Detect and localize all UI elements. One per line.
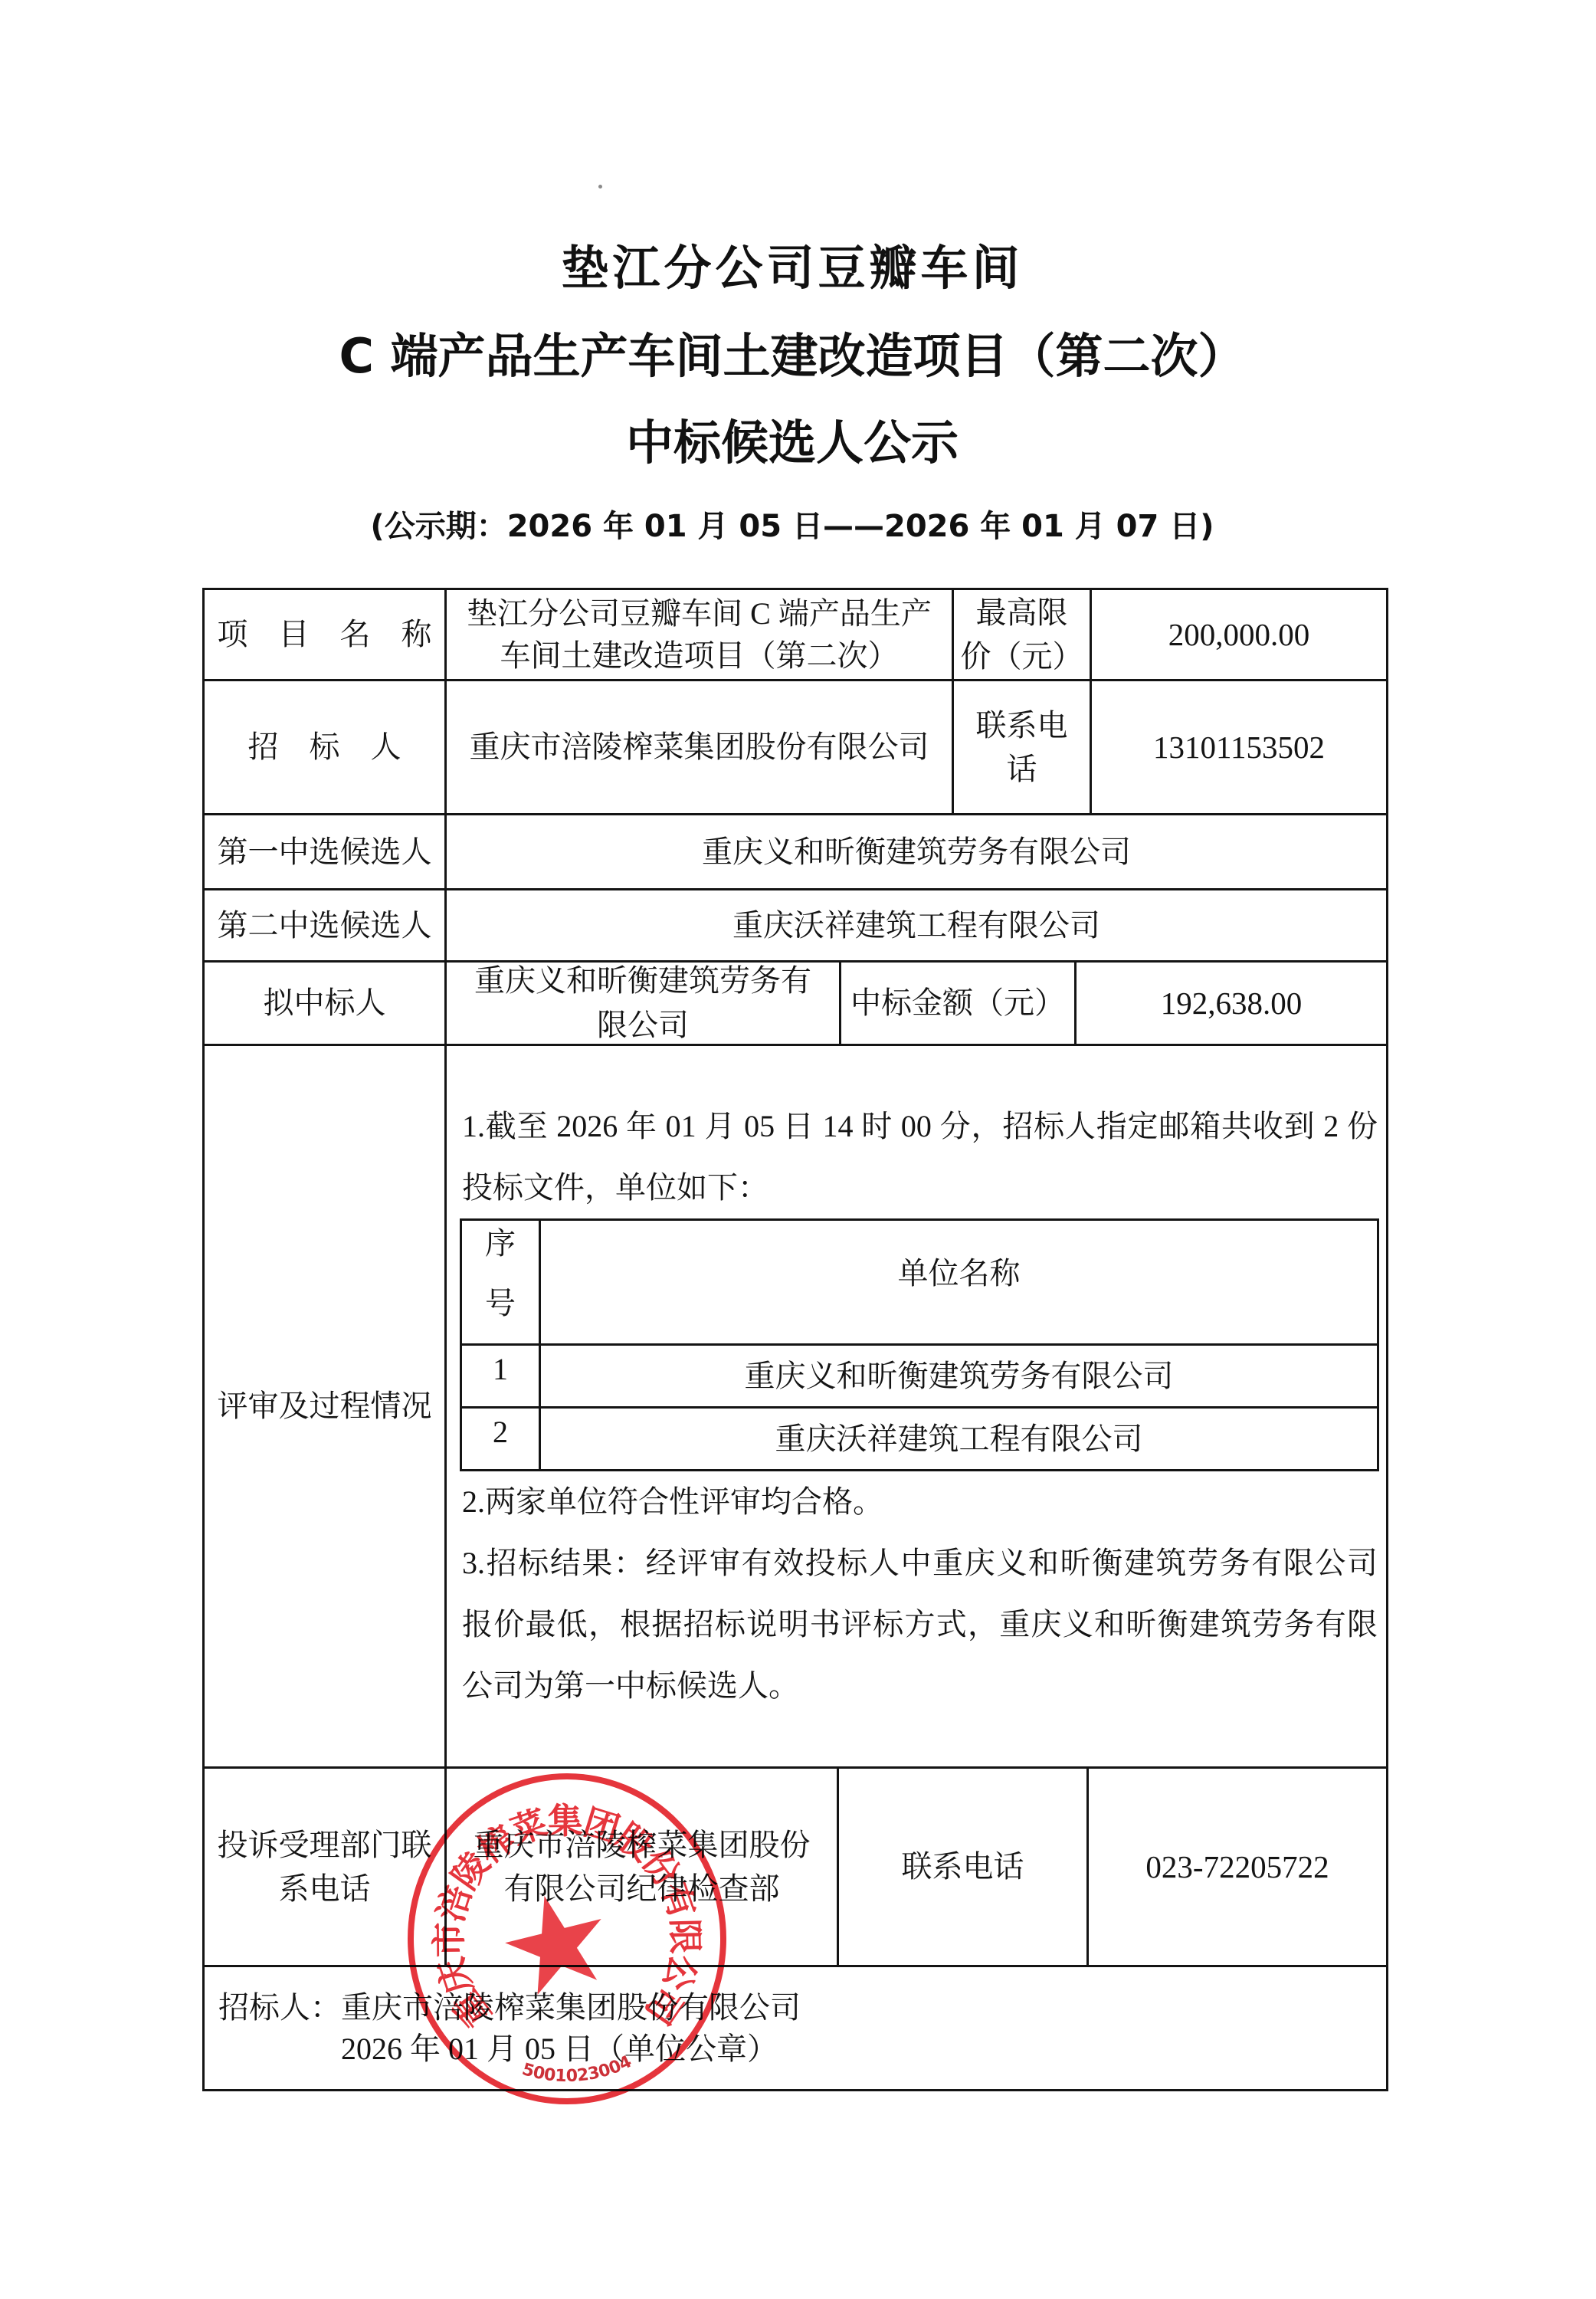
review-label-cell: 评审及过程情况 (205, 1046, 447, 1769)
bidders-row-name: 重庆义和昕衡建筑劳务有限公司 (745, 1355, 1174, 1398)
max-price-value: 200,000.00 (1168, 613, 1310, 656)
review-item-2: 2.两家单位符合性评审均合格。 (462, 1471, 1378, 1533)
review-label: 评审及过程情况 (218, 1385, 432, 1428)
bidders-header-name-cell: 单位名称 (541, 1221, 1379, 1346)
project-name-label-cell: 项 目 名 称 (205, 590, 447, 681)
complaint-label-line: 投诉受理部门联 (218, 1823, 432, 1867)
complaint-phone-label: 联系电话 (902, 1845, 1024, 1888)
first-candidate-label-cell: 第一中选候选人 (205, 815, 447, 890)
bidders-row-index: 1 (493, 1348, 508, 1391)
bidders-header-index-cell: 序 号 (462, 1221, 541, 1346)
complaint-label-cell: 投诉受理部门联 系电话 (205, 1769, 447, 1967)
signature-tenderer: 招标人：重庆市涪陵榨菜集团股份有限公司 (218, 1987, 801, 2028)
max-price-value-cell: 200,000.00 (1092, 590, 1388, 681)
review-item-3-line: 公司为第一中标候选人。 (462, 1655, 1378, 1717)
complaint-dept-line: 重庆市涪陵榨菜集团股份 (474, 1823, 811, 1867)
max-price-label-line: 最高限 (976, 591, 1068, 635)
bidders-row-name-cell: 重庆义和昕衡建筑劳务有限公司 (541, 1346, 1379, 1409)
bidders-header-index-line: 号 (485, 1274, 516, 1333)
scan-speck (598, 185, 602, 189)
tenderer-phone-cell: 13101153502 (1092, 681, 1388, 815)
bid-candidate-table: 项 目 名 称 垫江分公司豆瓣车间 C 端产品生产 车间土建改造项目（第二次） … (202, 588, 1388, 2091)
proposed-winner-line: 限公司 (597, 1003, 689, 1048)
title-line-1: 垫江分公司豆瓣车间 (0, 238, 1585, 299)
proposed-winner-label: 拟中标人 (264, 982, 386, 1025)
tenderer-phone-label-cell: 联系电 话 (954, 681, 1092, 815)
bidders-row-index: 2 (493, 1411, 508, 1454)
title-line-3: 中标候选人公示 (0, 412, 1585, 474)
review-details-cell: 1.截至 2026 年 01 月 05 日 14 时 00 分，招标人指定邮箱共… (447, 1046, 1388, 1769)
review-item-3-line: 报价最低，根据招标说明书评标方式，重庆义和昕衡建筑劳务有限 (462, 1594, 1378, 1655)
complaint-label-line: 系电话 (279, 1867, 371, 1910)
tenderer-phone-label-line: 联系电 (976, 703, 1068, 747)
tenderer-value-cell: 重庆市涪陵榨菜集团股份有限公司 (447, 681, 954, 815)
review-item-1-line: 投标文件，单位如下： (462, 1157, 1378, 1218)
complaint-phone: 023-72205722 (1145, 1845, 1329, 1888)
tenderer-phone: 13101153502 (1153, 726, 1325, 769)
tenderer-value: 重庆市涪陵榨菜集团股份有限公司 (470, 726, 929, 769)
review-item-1-line: 1.截至 2026 年 01 月 05 日 14 时 00 分，招标人指定邮箱共… (462, 1096, 1378, 1157)
proposed-winner-value-cell: 重庆义和昕衡建筑劳务有 限公司 (447, 963, 841, 1046)
complaint-phone-cell: 023-72205722 (1089, 1769, 1388, 1967)
tenderer-label-cell: 招 标 人 (205, 681, 447, 815)
bidders-header-index-line: 序 (485, 1214, 516, 1274)
first-candidate-value: 重庆义和昕衡建筑劳务有限公司 (702, 831, 1131, 874)
proposed-winner-label-cell: 拟中标人 (205, 963, 447, 1046)
bidders-row-name: 重庆沃祥建筑工程有限公司 (775, 1418, 1143, 1461)
second-candidate-value-cell: 重庆沃祥建筑工程有限公司 (447, 890, 1388, 963)
bidders-row-index-cell: 1 (462, 1346, 541, 1409)
first-candidate-label: 第一中选候选人 (218, 831, 432, 874)
proposed-winner-line: 重庆义和昕衡建筑劳务有 (474, 959, 811, 1003)
title-line-2: C 端产品生产车间土建改造项目（第二次） (0, 326, 1585, 387)
publicity-period: (公示期：2026 年 01 月 05 日——2026 年 01 月 07 日) (0, 507, 1585, 546)
bid-amount-value-cell: 192,638.00 (1077, 963, 1388, 1046)
bid-amount-label: 中标金额（元） (850, 982, 1065, 1025)
tenderer-label: 招 标 人 (248, 726, 401, 769)
bid-amount-label-cell: 中标金额（元） (841, 963, 1077, 1046)
signature-cell: 招标人：重庆市涪陵榨菜集团股份有限公司 2026 年 01 月 05 日（单位公… (205, 1967, 1388, 2091)
second-candidate-label-cell: 第二中选候选人 (205, 890, 447, 963)
bid-amount-value: 192,638.00 (1161, 982, 1303, 1025)
project-name-line: 垫江分公司豆瓣车间 C 端产品生产 (467, 592, 932, 635)
max-price-label-line: 价（元） (961, 635, 1083, 678)
bidders-row-name-cell: 重庆沃祥建筑工程有限公司 (541, 1409, 1379, 1471)
project-name-value-cell: 垫江分公司豆瓣车间 C 端产品生产 车间土建改造项目（第二次） (447, 590, 954, 681)
complaint-dept-line: 有限公司纪律检查部 (504, 1867, 780, 1910)
second-candidate-value: 重庆沃祥建筑工程有限公司 (732, 904, 1100, 947)
second-candidate-label: 第二中选候选人 (218, 904, 432, 947)
complaint-dept-cell: 重庆市涪陵榨菜集团股份 有限公司纪律检查部 (447, 1769, 839, 1967)
project-name-line: 车间土建改造项目（第二次） (500, 635, 899, 677)
bidders-row-index-cell: 2 (462, 1409, 541, 1471)
bidders-header-name: 单位名称 (898, 1252, 1021, 1295)
first-candidate-value-cell: 重庆义和昕衡建筑劳务有限公司 (447, 815, 1388, 890)
tenderer-phone-label-line: 话 (1007, 747, 1037, 791)
complaint-phone-label-cell: 联系电话 (839, 1769, 1089, 1967)
bidders-table: 序 号 单位名称 1 重庆义和昕衡建筑劳务有限公司 2 重庆沃祥建筑工程有限公司 (460, 1218, 1379, 1471)
review-item-3-line: 3.招标结果：经评审有效投标人中重庆义和昕衡建筑劳务有限公司 (462, 1533, 1378, 1594)
project-name-label: 项 目 名 称 (218, 613, 432, 656)
signature-date: 2026 年 01 月 05 日（单位公章） (341, 2028, 778, 2070)
max-price-label-cell: 最高限 价（元） (954, 590, 1092, 681)
